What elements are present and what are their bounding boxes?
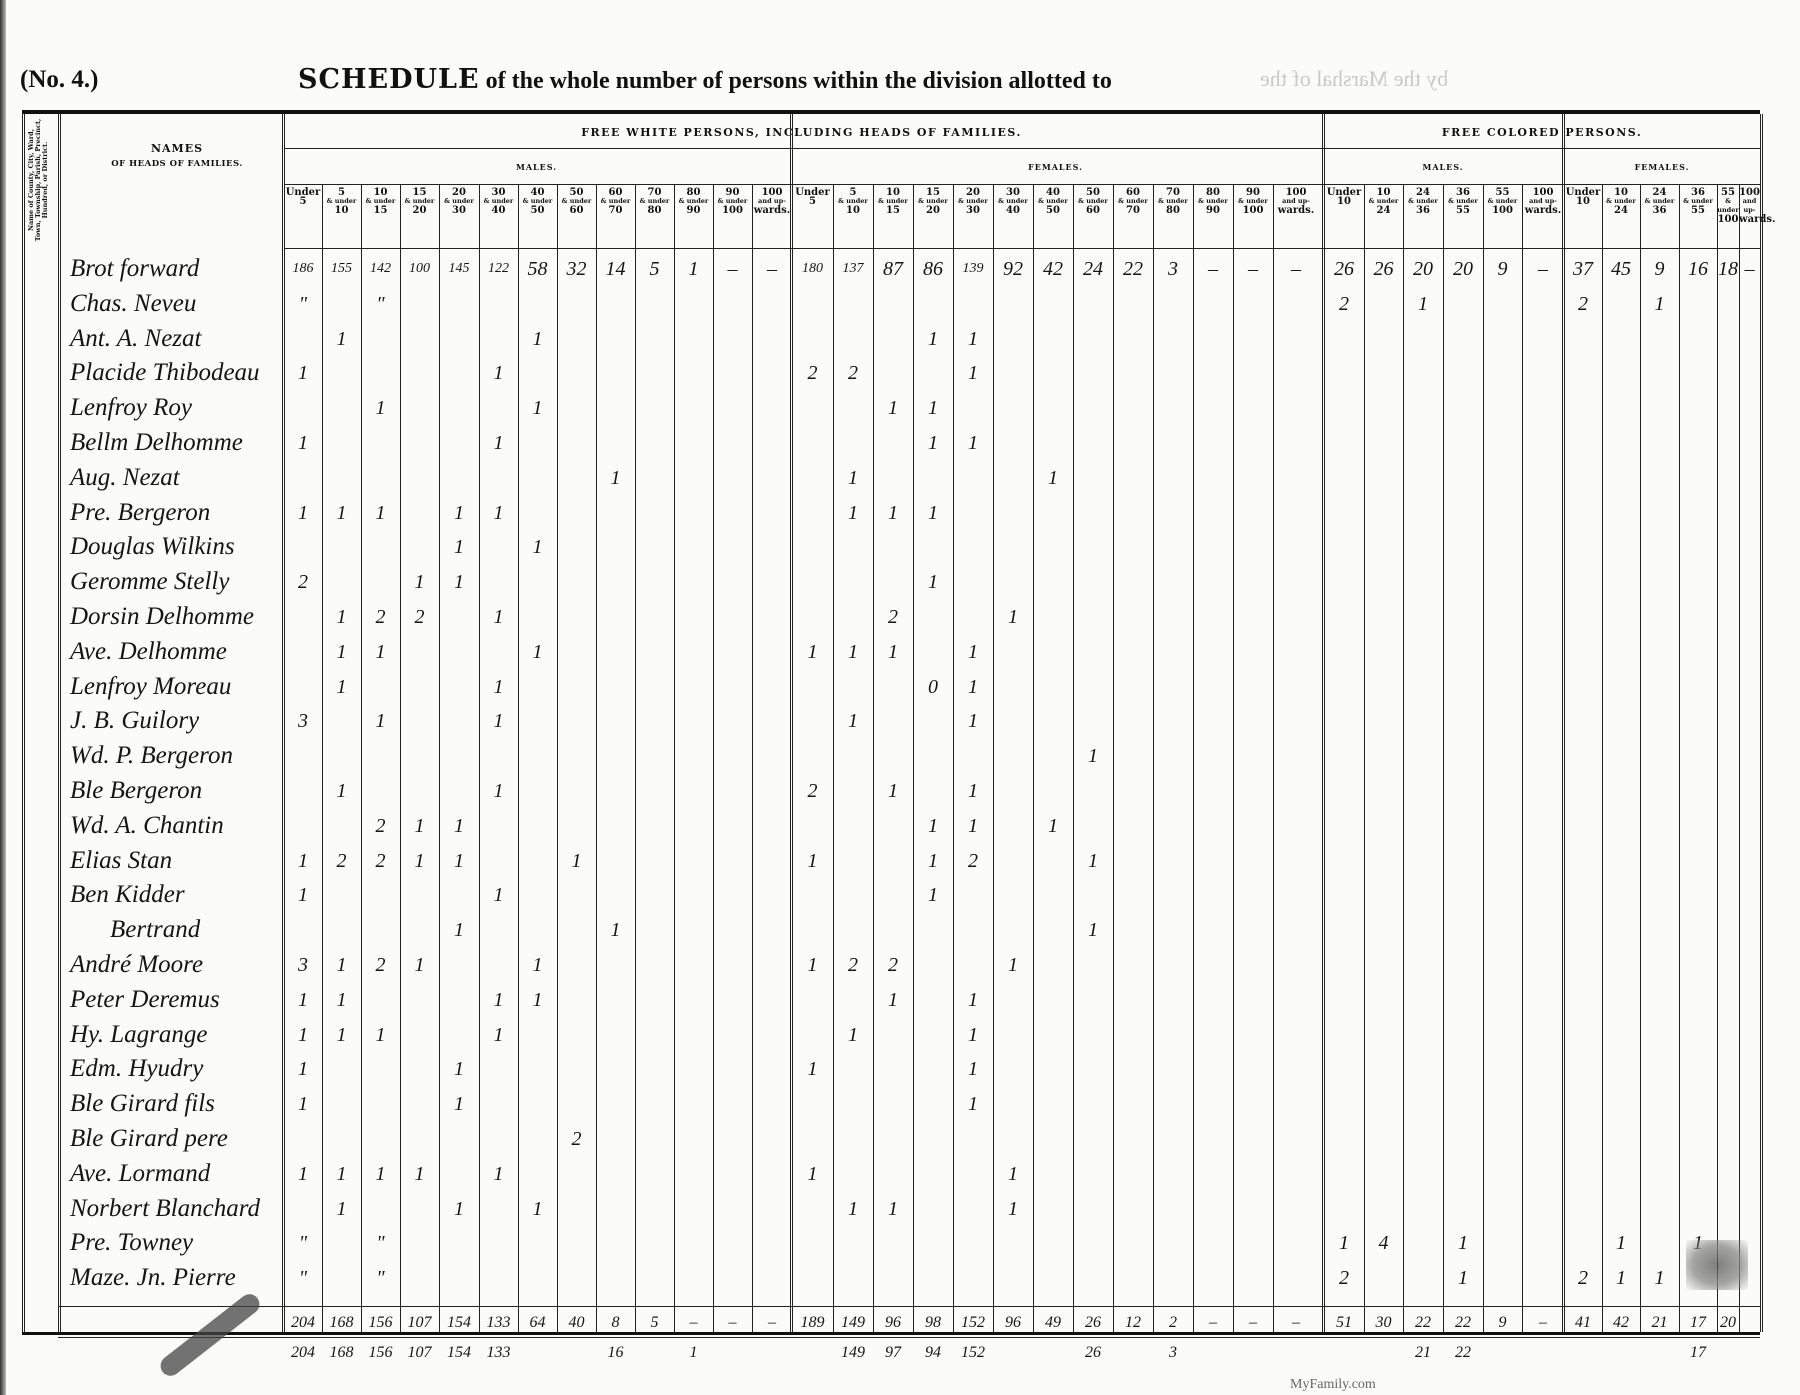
white-female-col-header: 60& under70: [1113, 188, 1153, 248]
white-male-corrected-total: 16: [596, 1339, 635, 1367]
colored-male-count: 26: [1324, 254, 1364, 284]
white-female-count: 1: [993, 602, 1033, 632]
free-colored-header: FREE COLORED PERSONS.: [1324, 126, 1760, 139]
household-row: Wd. P. Bergeron1: [22, 741, 1760, 771]
white-male-count: 1: [284, 1054, 322, 1084]
white-male-count: 100: [400, 254, 439, 284]
white-female-count: 1: [1073, 741, 1113, 771]
colored-female-count: –: [1739, 254, 1760, 284]
white-male-count: 3: [284, 706, 322, 736]
white-male-count: 2: [361, 811, 400, 841]
white-female-count: –: [1233, 254, 1273, 284]
white-male-count: 1: [596, 463, 635, 493]
colored-male-count: 2: [1324, 1263, 1364, 1293]
colored-female-count: 18: [1717, 254, 1739, 284]
white-male-count: 1: [322, 672, 361, 702]
white-male-col-header: 100and up-wards.: [752, 188, 792, 248]
white-female-count: 1: [993, 950, 1033, 980]
white-female-count: 1: [913, 880, 953, 910]
white-female-col-header: 80& under90: [1193, 188, 1233, 248]
white-male-count: 1: [400, 811, 439, 841]
white-male-total: –: [752, 1309, 792, 1337]
white-female-count: 1: [953, 1054, 993, 1084]
white-male-count: 1: [284, 1089, 322, 1119]
white-female-count: 3: [1153, 254, 1193, 284]
white-male-count: 1: [479, 1159, 518, 1189]
white-female-col-header: 15& under20: [913, 188, 953, 248]
white-female-count: 1: [913, 811, 953, 841]
white-female-total: 49: [1033, 1309, 1073, 1337]
white-female-total: 152: [953, 1309, 993, 1337]
white-female-count: 1: [792, 637, 833, 667]
colored-male-total: –: [1522, 1309, 1564, 1337]
white-male-count: 1: [479, 428, 518, 458]
white-male-count: 1: [439, 915, 479, 945]
census-table: Name of County, City, Ward, Town, Townsh…: [22, 110, 1760, 1335]
household-row: Wd. A. Chantin211111: [22, 811, 1760, 841]
head-of-family-name: Dorsin Delhomme: [70, 602, 300, 632]
white-female-count: –: [1273, 254, 1319, 284]
white-male-count: 2: [361, 602, 400, 632]
white-male-count: 2: [557, 1124, 596, 1154]
white-male-total: 8: [596, 1309, 635, 1337]
white-female-corrected-total: 97: [873, 1339, 913, 1367]
white-female-count: 1: [953, 324, 993, 354]
white-male-count: 5: [635, 254, 674, 284]
white-female-count: 1: [953, 428, 993, 458]
white-male-corrected-total: 154: [439, 1339, 479, 1367]
schedule-title: SCHEDULE of the whole number of persons …: [298, 64, 1112, 95]
head-of-family-name: Lenfroy Moreau: [70, 672, 300, 702]
white-male-count: 1: [322, 1194, 361, 1224]
white-female-count: 1: [833, 498, 873, 528]
colored-male-count: 20: [1403, 254, 1443, 284]
schedule-number: (No. 4.): [20, 66, 98, 94]
white-male-col-header: 30& under40: [479, 188, 518, 248]
white-female-count: 1: [1073, 915, 1113, 945]
head-of-family-name: Edm. Hyudry: [70, 1054, 300, 1084]
head-of-family-name: Placide Thibodeau: [70, 358, 300, 388]
white-male-corrected-total: 156: [361, 1339, 400, 1367]
white-female-count: 2: [833, 358, 873, 388]
white-male-count: 1: [518, 532, 557, 562]
white-male-count: 1: [439, 811, 479, 841]
white-female-count: 1: [873, 498, 913, 528]
white-male-col-header: 20& under30: [439, 188, 479, 248]
row-rule: [284, 148, 1760, 149]
colored-male-col-header: 10& under24: [1364, 188, 1403, 248]
white-female-total: 149: [833, 1309, 873, 1337]
colored-female-count: 16: [1679, 254, 1717, 284]
white-female-count: 86: [913, 254, 953, 284]
white-male-count: 1: [322, 602, 361, 632]
white-female-count: 2: [873, 950, 913, 980]
white-female-count: 1: [913, 393, 953, 423]
colored-female-total: 17: [1679, 1309, 1717, 1337]
colored-female-count: 45: [1602, 254, 1640, 284]
place-column-header: Name of County, City, Ward, Town, Townsh…: [28, 118, 56, 242]
colored-male-total: 51: [1324, 1309, 1364, 1337]
white-male-total: 107: [400, 1309, 439, 1337]
white-male-count: 1: [479, 498, 518, 528]
white-female-count: 1: [873, 1194, 913, 1224]
white-male-col-header: 60& under70: [596, 188, 635, 248]
white-female-count: 1: [792, 1159, 833, 1189]
white-male-count: 1: [400, 1159, 439, 1189]
household-row: Edm. Hyudry1111: [22, 1054, 1760, 1084]
colored-female-count: 1: [1640, 289, 1679, 319]
white-male-count: 1: [361, 706, 400, 736]
white-female-col-header: 70& under80: [1153, 188, 1193, 248]
colored-male-col-header: 100and up-wards.: [1522, 188, 1564, 248]
white-female-col-header: 90& under100: [1233, 188, 1273, 248]
head-of-family-name: Wd. A. Chantin: [70, 811, 300, 841]
white-male-count: 1: [322, 637, 361, 667]
white-male-count: 122: [479, 254, 518, 284]
colored-male-count: 1: [1324, 1228, 1364, 1258]
white-female-corrected-total: 94: [913, 1339, 953, 1367]
white-male-count: 1: [479, 776, 518, 806]
white-male-count: 155: [322, 254, 361, 284]
head-of-family-name: Geromme Stelly: [70, 567, 300, 597]
white-female-count: 42: [1033, 254, 1073, 284]
white-female-total: 26: [1073, 1309, 1113, 1337]
white-male-count: 1: [479, 1020, 518, 1050]
white-male-count: 2: [361, 950, 400, 980]
white-male-count: 1: [322, 985, 361, 1015]
title-row: (No. 4.) SCHEDULE of the whole number of…: [20, 62, 1780, 102]
white-male-count: 14: [596, 254, 635, 284]
white-male-count: ": [361, 1263, 400, 1293]
head-of-family-name: Ant. A. Nezat: [70, 324, 300, 354]
names-column-header: NAMES OF HEADS OF FAMILIES.: [67, 142, 287, 169]
white-male-total: 40: [557, 1309, 596, 1337]
white-male-col-header: 80& under90: [674, 188, 713, 248]
colored-female-col-header: 100and up-wards.: [1739, 188, 1760, 248]
head-of-family-name: Douglas Wilkins: [70, 532, 300, 562]
colored-male-count: 9: [1483, 254, 1522, 284]
white-female-col-header: 20& under30: [953, 188, 993, 248]
ink-stain: [1686, 1240, 1748, 1290]
colored-males-header: MALES.: [1324, 162, 1562, 172]
colored-male-count: –: [1522, 254, 1564, 284]
head-of-family-name: Ble Bergeron: [70, 776, 300, 806]
head-of-family-name: Elias Stan: [70, 846, 300, 876]
white-male-count: 1: [284, 1159, 322, 1189]
household-row: Lenfroy Moreau1101: [22, 672, 1760, 702]
white-female-count: 0: [913, 672, 953, 702]
white-male-corrected-total: 133: [479, 1339, 518, 1367]
white-female-count: 24: [1073, 254, 1113, 284]
colored-female-col-header: 24& under36: [1640, 188, 1679, 248]
white-female-count: 1: [913, 567, 953, 597]
white-male-total: –: [674, 1309, 713, 1337]
head-of-family-name: Ble Girard pere: [70, 1124, 300, 1154]
names-title: NAMES: [67, 142, 287, 155]
household-row: Ave. Delhomme1111111: [22, 637, 1760, 667]
head-of-family-name: Maze. Jn. Pierre: [70, 1263, 300, 1293]
white-male-count: 1: [518, 950, 557, 980]
household-row: Geromme Stelly2111: [22, 567, 1760, 597]
white-female-count: 2: [833, 950, 873, 980]
head-of-family-name: Norbert Blanchard: [70, 1194, 300, 1224]
white-male-total: 168: [322, 1309, 361, 1337]
colored-male-total: 30: [1364, 1309, 1403, 1337]
white-male-count: 1: [557, 846, 596, 876]
white-female-count: 1: [833, 1020, 873, 1050]
white-female-count: 2: [873, 602, 913, 632]
white-female-count: 1: [833, 637, 873, 667]
white-male-col-header: 50& under60: [557, 188, 596, 248]
white-male-count: 1: [439, 498, 479, 528]
white-female-count: 137: [833, 254, 873, 284]
white-female-count: 1: [873, 776, 913, 806]
colored-female-total: 41: [1564, 1309, 1602, 1337]
household-row: Bertrand111: [22, 915, 1760, 945]
household-row: Chas. Neveu""2121: [22, 289, 1760, 319]
row-rule: [284, 184, 1760, 185]
white-female-col-header: 40& under50: [1033, 188, 1073, 248]
white-female-count: 1: [913, 846, 953, 876]
household-row: Placide Thibodeau11221: [22, 358, 1760, 388]
household-row: André Moore312111221: [22, 950, 1760, 980]
colored-female-count: 1: [1602, 1263, 1640, 1293]
colored-female-total: 21: [1640, 1309, 1679, 1337]
head-of-family-name: J. B. Guilory: [70, 706, 300, 736]
white-male-count: 1: [361, 1020, 400, 1050]
household-row: Brot forward18615514210014512258321451––…: [22, 254, 1760, 284]
white-female-count: 22: [1113, 254, 1153, 284]
colored-female-count: 2: [1564, 1263, 1602, 1293]
white-male-col-header: 70& under80: [635, 188, 674, 248]
white-female-count: 1: [1033, 463, 1073, 493]
head-of-family-name: Aug. Nezat: [70, 463, 300, 493]
white-male-count: 145: [439, 254, 479, 284]
white-male-count: 1: [361, 637, 400, 667]
white-male-count: ": [284, 1228, 322, 1258]
colored-female-col-header: 10& under24: [1602, 188, 1640, 248]
white-male-count: 1: [322, 498, 361, 528]
row-rule: [58, 1306, 1760, 1307]
white-male-count: ": [284, 289, 322, 319]
white-male-count: ": [361, 289, 400, 319]
household-row: Ble Bergeron11211: [22, 776, 1760, 806]
white-male-corrected-total: 204: [284, 1339, 322, 1367]
head-of-family-name: Ave. Lormand: [70, 1159, 300, 1189]
household-row: Bellm Delhomme1111: [22, 428, 1760, 458]
colored-male-col-header: 24& under36: [1403, 188, 1443, 248]
white-female-col-header: 30& under40: [993, 188, 1033, 248]
household-row: Elias Stan1221111121: [22, 846, 1760, 876]
white-female-count: 1: [873, 985, 913, 1015]
white-female-count: 1: [953, 811, 993, 841]
colored-male-count: 26: [1364, 254, 1403, 284]
white-male-count: 1: [284, 846, 322, 876]
white-male-total: 5: [635, 1309, 674, 1337]
page-edge: [0, 0, 6, 1395]
white-male-count: 1: [439, 1089, 479, 1119]
white-female-count: 1: [953, 358, 993, 388]
white-female-total: 2: [1153, 1309, 1193, 1337]
colored-male-count: 20: [1443, 254, 1483, 284]
head-of-family-name: Pre. Towney: [70, 1228, 300, 1258]
colored-male-count: 1: [1403, 289, 1443, 319]
white-male-count: 142: [361, 254, 400, 284]
white-female-count: 1: [953, 637, 993, 667]
household-row: Ant. A. Nezat1111: [22, 324, 1760, 354]
white-male-count: 1: [284, 428, 322, 458]
household-row: Ble Girard pere2: [22, 1124, 1760, 1154]
white-female-count: 1: [953, 776, 993, 806]
white-male-count: –: [713, 254, 752, 284]
head-of-family-name: Hy. Lagrange: [70, 1020, 300, 1050]
white-male-count: 1: [518, 637, 557, 667]
white-male-count: 1: [479, 880, 518, 910]
white-female-col-header: Under5: [792, 188, 833, 248]
white-female-count: 1: [993, 1159, 1033, 1189]
white-male-count: 1: [400, 567, 439, 597]
household-row: Pre. Towney""14111: [22, 1228, 1760, 1258]
white-female-corrected-total: 26: [1073, 1339, 1113, 1367]
white-female-count: 1: [913, 498, 953, 528]
household-row: Ben Kidder111: [22, 880, 1760, 910]
white-male-count: 1: [518, 1194, 557, 1224]
colored-female-count: 2: [1564, 289, 1602, 319]
household-row: Pre. Bergeron11111111: [22, 498, 1760, 528]
white-female-total: –: [1273, 1309, 1319, 1337]
row-rule: [58, 1337, 1760, 1338]
white-male-count: 1: [284, 498, 322, 528]
row-rule: [284, 248, 1760, 249]
household-row: Dorsin Delhomme122121: [22, 602, 1760, 632]
schedule-title-main: SCHEDULE: [298, 64, 480, 95]
white-female-col-header: 5& under10: [833, 188, 873, 248]
white-male-count: 1: [322, 1020, 361, 1050]
white-male-count: 1: [361, 1159, 400, 1189]
household-row: Peter Deremus111111: [22, 985, 1760, 1015]
free-white-header: FREE WHITE PERSONS, INCLUDING HEADS OF F…: [284, 126, 1319, 139]
white-male-col-header: 90& under100: [713, 188, 752, 248]
white-male-total: 156: [361, 1309, 400, 1337]
white-female-count: 2: [953, 846, 993, 876]
head-of-family-name: Bertrand: [70, 915, 340, 945]
white-female-count: 92: [993, 254, 1033, 284]
colored-female-col-header: 55& under100: [1717, 188, 1739, 248]
head-of-family-name: Ben Kidder: [70, 880, 300, 910]
colored-male-col-header: 36& under55: [1443, 188, 1483, 248]
head-of-family-name: André Moore: [70, 950, 300, 980]
white-male-count: 32: [557, 254, 596, 284]
colored-male-corrected-total: 22: [1443, 1339, 1483, 1367]
white-male-count: 1: [322, 1159, 361, 1189]
colored-male-count: 1: [1443, 1263, 1483, 1293]
white-male-count: 1: [361, 393, 400, 423]
white-male-count: 1: [400, 846, 439, 876]
white-male-count: 1: [284, 985, 322, 1015]
white-female-count: 1: [993, 1194, 1033, 1224]
colored-female-count: 1: [1602, 1228, 1640, 1258]
colored-female-count: 37: [1564, 254, 1602, 284]
white-male-total: 133: [479, 1309, 518, 1337]
white-female-col-header: 10& under15: [873, 188, 913, 248]
white-male-count: 2: [361, 846, 400, 876]
white-male-count: 1: [479, 358, 518, 388]
white-male-count: –: [752, 254, 792, 284]
white-female-count: 1: [833, 463, 873, 493]
white-male-count: 1: [284, 358, 322, 388]
head-of-family-name: Bellm Delhomme: [70, 428, 300, 458]
white-female-total: 98: [913, 1309, 953, 1337]
head-of-family-name: Lenfroy Roy: [70, 393, 300, 423]
head-of-family-name: Pre. Bergeron: [70, 498, 300, 528]
head-of-family-name: Brot forward: [70, 254, 300, 284]
white-female-count: 1: [1073, 846, 1113, 876]
white-female-total: –: [1193, 1309, 1233, 1337]
colored-male-total: 22: [1403, 1309, 1443, 1337]
colored-male-count: 4: [1364, 1228, 1403, 1258]
white-male-count: ": [284, 1263, 322, 1293]
white-female-corrected-total: 3: [1153, 1339, 1193, 1367]
white-female-corrected-total: 152: [953, 1339, 993, 1367]
white-male-count: 1: [479, 602, 518, 632]
white-female-count: 1: [1033, 811, 1073, 841]
white-female-count: 2: [792, 776, 833, 806]
white-female-total: 12: [1113, 1309, 1153, 1337]
watermark: MyFamily.com: [1290, 1377, 1376, 1393]
white-female-col-header: 50& under60: [1073, 188, 1113, 248]
white-male-corrected-total: 168: [322, 1339, 361, 1367]
colored-female-count: 1: [1640, 1263, 1679, 1293]
white-male-count: 1: [400, 950, 439, 980]
head-of-family-name: Wd. P. Bergeron: [70, 741, 300, 771]
white-female-count: 1: [792, 950, 833, 980]
white-male-count: 1: [518, 985, 557, 1015]
white-male-count: 1: [479, 706, 518, 736]
white-male-count: 3: [284, 950, 322, 980]
household-row: Maze. Jn. Pierre""21211: [22, 1263, 1760, 1293]
white-male-count: 1: [322, 950, 361, 980]
colored-female-col-header: 36& under55: [1679, 188, 1717, 248]
white-female-corrected-total: 149: [833, 1339, 873, 1367]
white-male-count: 1: [322, 776, 361, 806]
white-male-col-header: 10& under15: [361, 188, 400, 248]
colored-female-total: 42: [1602, 1309, 1640, 1337]
household-row: Ble Girard fils111: [22, 1089, 1760, 1119]
names-subtitle: OF HEADS OF FAMILIES.: [67, 159, 287, 169]
colored-male-col-header: Under10: [1324, 188, 1364, 248]
white-female-count: 1: [792, 846, 833, 876]
household-row: Ave. Lormand1111111: [22, 1159, 1760, 1189]
household-row: Lenfroy Roy1111: [22, 393, 1760, 423]
white-male-count: 1: [284, 880, 322, 910]
white-male-count: 58: [518, 254, 557, 284]
household-row: Norbert Blanchard111111: [22, 1194, 1760, 1224]
white-males-header: MALES.: [284, 162, 789, 172]
white-male-count: 1: [361, 498, 400, 528]
white-female-col-header: 100and up-wards.: [1273, 188, 1319, 248]
white-female-count: 1: [953, 1020, 993, 1050]
white-female-count: 1: [953, 985, 993, 1015]
white-male-count: 1: [518, 393, 557, 423]
white-male-count: 1: [284, 1020, 322, 1050]
white-female-count: 139: [953, 254, 993, 284]
white-females-header: FEMALES.: [792, 162, 1319, 172]
household-row: Hy. Lagrange111111: [22, 1020, 1760, 1050]
white-male-count: 1: [322, 324, 361, 354]
white-male-count: 1: [439, 1054, 479, 1084]
colored-male-col-header: 55& under100: [1483, 188, 1522, 248]
white-male-total: –: [713, 1309, 752, 1337]
